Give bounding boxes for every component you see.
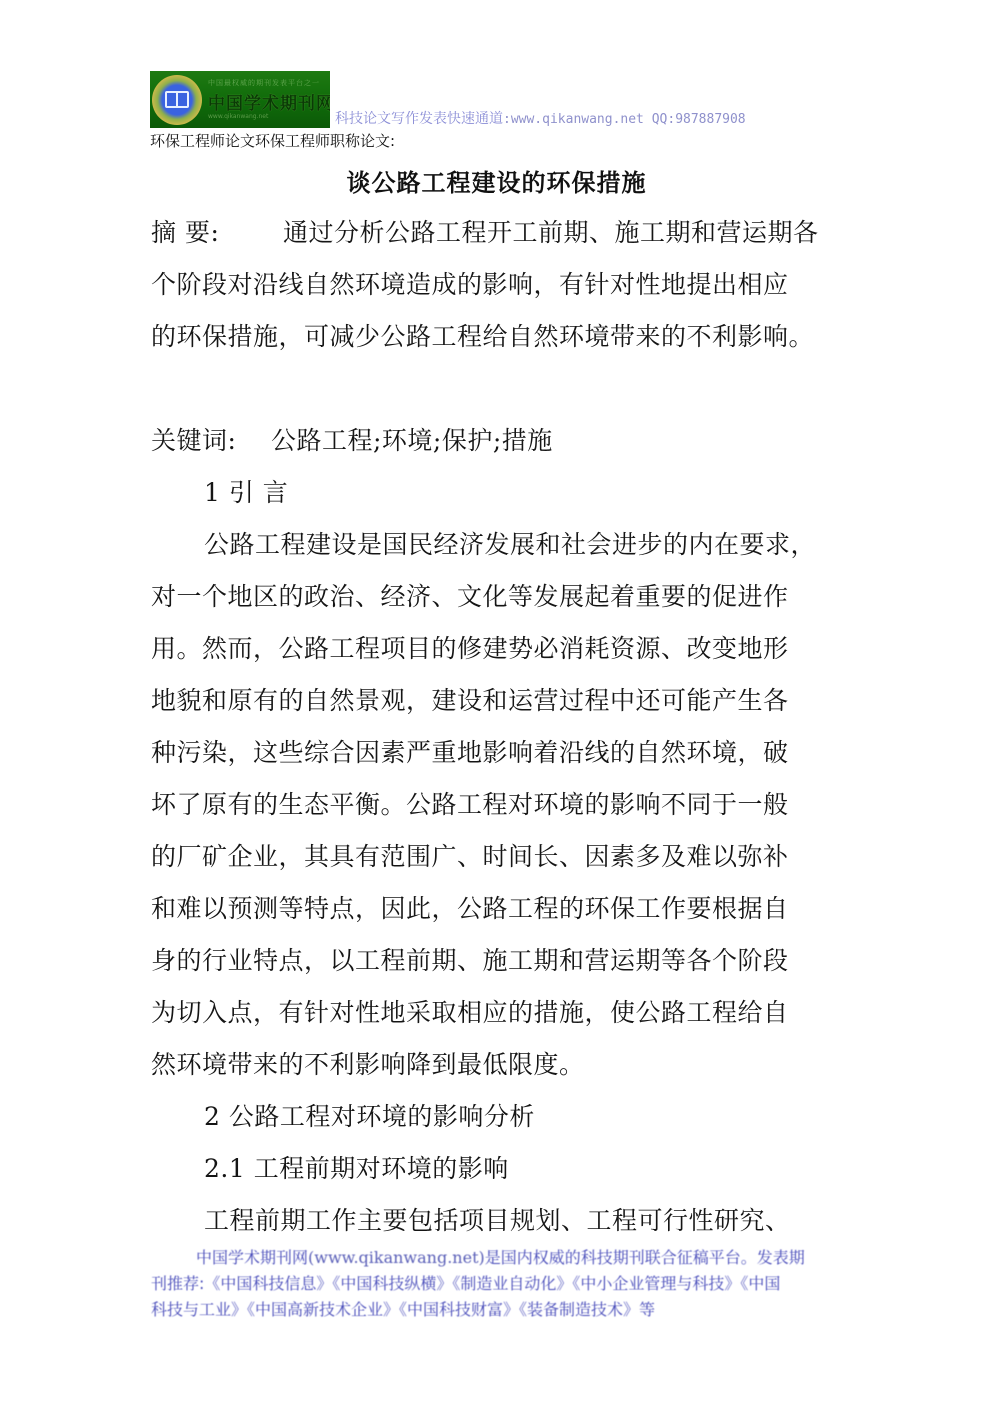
- slogan-text: 科技论文写作发表快速通道: [335, 111, 503, 127]
- abstract-line: 的环保措施，可减少公路工程给自然环境带来的不利影响。: [151, 322, 814, 352]
- article-title: 谈公路工程建设的环保措施: [0, 163, 993, 198]
- section-heading: 2 公路工程对环境的影响分析: [204, 1102, 535, 1132]
- keywords-label: 关键词:: [151, 426, 271, 456]
- paragraph-line: 的厂矿企业，其具有范围广、时间长、因素多及难以弥补: [151, 842, 789, 872]
- slogan-qq: QQ:987887908: [644, 112, 746, 127]
- paragraph-line: 公路工程建设是国民经济发展和社会进步的内在要求，: [204, 530, 816, 560]
- logo-emblem: [152, 75, 202, 125]
- paragraph-line: 地貌和原有的自然景观，建设和运营过程中还可能产生各: [151, 686, 789, 716]
- logo-site-name: 中国学术期刊网: [208, 89, 330, 114]
- header-slogan: 科技论文写作发表快速通道:www.qikanwang.net QQ:987887…: [335, 108, 746, 128]
- paragraph-line: 用。然而，公路工程项目的修建势必消耗资源、改变地形: [151, 634, 789, 664]
- promo-journal-list: 科技与工业》《中国高新技术企业》《中国科技财富》《装备制造技术》等: [151, 1297, 851, 1323]
- abstract-line: 摘 要:通过分析公路工程开工前期、施工期和营运期各: [151, 218, 819, 248]
- section-heading: 1 引 言: [204, 478, 288, 508]
- paragraph-line: 和难以预测等特点，因此，公路工程的环保工作要根据自: [151, 894, 789, 924]
- abstract-text: 通过分析公路工程开工前期、施工期和营运期各: [283, 218, 819, 247]
- open-book-icon: [165, 91, 189, 108]
- abstract-line: 个阶段对沿线自然环境造成的影响，有针对性地提出相应: [151, 270, 789, 300]
- paragraph-line: 坏了原有的生态平衡。公路工程对环境的影响不同于一般: [151, 790, 789, 820]
- keywords-value: 公路工程;环境;保护;措施: [271, 426, 553, 455]
- site-logo-banner[interactable]: 中国最权威的期刊发表平台之一 中国学术期刊网 www.qikanwang.net: [150, 71, 330, 128]
- abstract-label: 摘 要:: [151, 218, 283, 248]
- paragraph-line: 然环境带来的不利影响降到最低限度。: [151, 1050, 585, 1080]
- promo-site-name: 中国学术期刊网: [196, 1248, 308, 1267]
- logo-tagline: 中国最权威的期刊发表平台之一: [208, 78, 320, 88]
- paragraph-line: 工程前期工作主要包括项目规划、工程可行性研究、: [204, 1206, 791, 1236]
- paragraph-line: 种污染，这些综合因素严重地影响着沿线的自然环境，破: [151, 738, 789, 768]
- paragraph-line: 为切入点，有针对性地采取相应的措施，使公路工程给自: [151, 998, 789, 1028]
- slogan-url-link[interactable]: :www.qikanwang.net: [503, 112, 644, 127]
- logo-subline: www.qikanwang.net: [208, 113, 268, 120]
- subsection-heading: 2.1 工程前期对环境的影响: [204, 1154, 509, 1184]
- promo-journal-list: 刊推荐:《中国科技信息》《中国科技纵横》《制造业自动化》《中小企业管理与科技》《…: [151, 1271, 851, 1297]
- promo-line: 中国学术期刊网(www.qikanwang.net)是国内权威的科技期刊联合征稿…: [151, 1245, 851, 1271]
- keywords-line: 关键词:公路工程;环境;保护;措施: [151, 426, 553, 456]
- promo-footer: 中国学术期刊网(www.qikanwang.net)是国内权威的科技期刊联合征稿…: [151, 1245, 851, 1323]
- promo-text: 是国内权威的科技期刊联合征稿平台。发表期: [485, 1248, 805, 1267]
- paragraph-line: 身的行业特点，以工程前期、施工期和营运期等各个阶段: [151, 946, 789, 976]
- paragraph-line: 对一个地区的政治、经济、文化等发展起着重要的促进作: [151, 582, 789, 612]
- promo-url-link[interactable]: (www.qikanwang.net): [308, 1248, 485, 1267]
- category-kicker: 环保工程师论文环保工程师职称论文:: [150, 130, 395, 151]
